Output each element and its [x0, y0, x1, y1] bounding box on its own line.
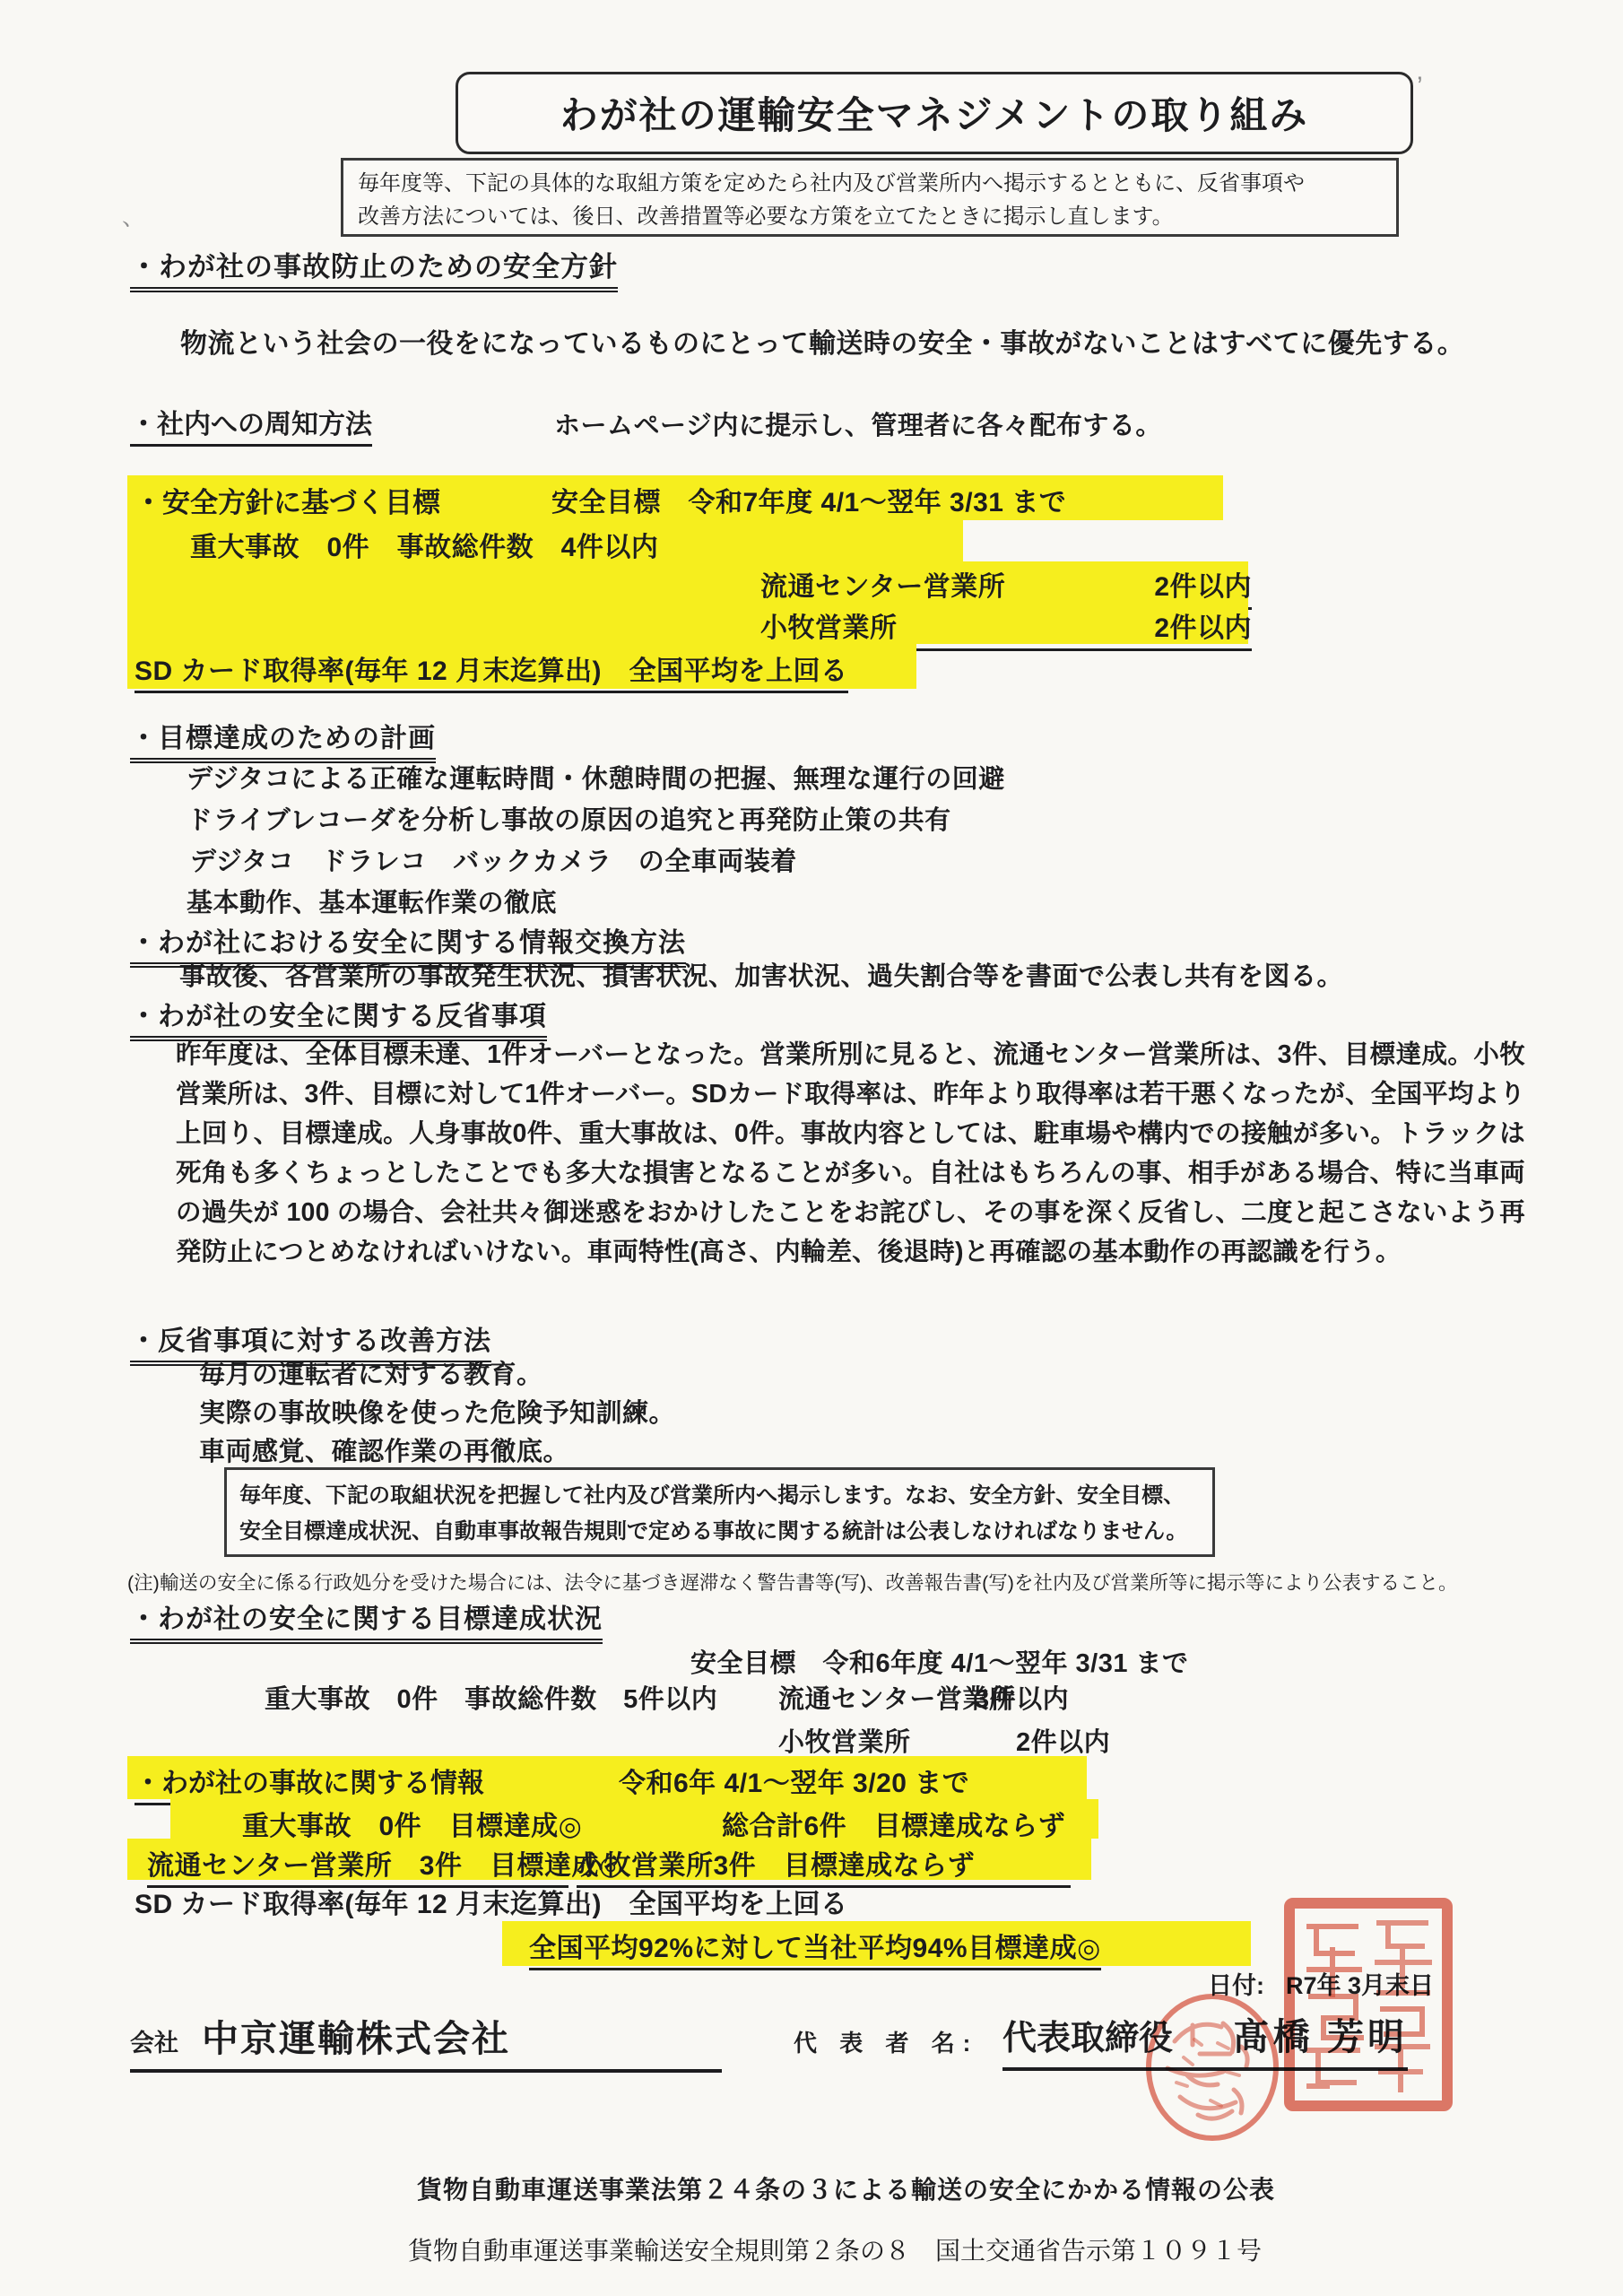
accident-sdcard-result-row: 全国平均92%に対して当社平均94%目標達成◎ [502, 1921, 1251, 1966]
goal-total: 重大事故 0件 事故総件数 4件以内 [190, 525, 658, 564]
branch-name: 小牧営業所 [760, 605, 898, 645]
heading-safety-goals: ・安全方針に基づく目標 [135, 480, 440, 526]
branch-name: 流通センター営業所 [760, 564, 1005, 604]
plan-item: ドライブレコーダを分析し事故の原因の追究と再発防止策の共有 [187, 800, 951, 837]
personal-round-seal-icon [1141, 1989, 1284, 2146]
notification-method-body: ホームページ内に提示し、管理者に各々配布する。 [554, 405, 1162, 442]
scan-artifact: 、 [122, 199, 145, 232]
safety-policy-body: 物流という社会の一役をになっているものにとって輸送時の安全・事故がないことはすべ… [180, 321, 1464, 361]
legal-line-1: 貨物自動車運送事業法第２４条の３による輸送の安全にかかる情報の公表 [417, 2170, 1275, 2206]
accident-info-period: 令和6年 4/1～翌年 3/20 まで [619, 1761, 969, 1800]
scan-artifact: ’ [1417, 72, 1423, 102]
goal-period: 安全目標 令和7年度 4/1～翌年 3/31 まで [551, 480, 1066, 519]
goal-sdcard-row: SD カード取得率(毎年 12 月末迄算出) 全国平均を上回る [127, 644, 916, 689]
publish-note-line2: 安全目標達成状況、自動車事故報告規則で定める事故に関する統計は公表しなければなり… [239, 1514, 1200, 1550]
company-name: 中京運輸株式会社 [202, 2009, 510, 2062]
publish-note-box: 毎年度、下記の取組状況を把握して社内及び営業所内へ掲示します。なお、安全方針、安… [224, 1467, 1215, 1557]
intro-note-line1: 毎年度等、下記の具体的な取組方策を定めたら社内及び営業所内へ掲示するとともに、反… [358, 167, 1382, 200]
improvement-item: 車両感覚、確認作業の再徹底。 [199, 1431, 569, 1468]
accident-major-result: 重大事故 0件 目標達成◎ [242, 1804, 582, 1843]
plan-item: デジタコ ドラレコ バックカメラ の全車両装着 [190, 841, 797, 878]
plan-item: 基本動作、基本運転作業の徹底 [187, 883, 557, 919]
accident-info-row1: 重大事故 0件 目標達成◎ 総合計6件 目標達成ならず [170, 1799, 1098, 1839]
improvement-item: 実際の事故映像を使った危険予知訓練。 [199, 1393, 675, 1430]
accident-sdcard-line: SD カード取得率(毎年 12 月末迄算出) 全国平均を上回る [135, 1882, 848, 1921]
achievement-total: 重大事故 0件 事故総件数 5件以内 [265, 1679, 717, 1716]
improvement-item: 毎月の運転者に対する教育。 [199, 1354, 543, 1391]
page-title: わが社の運輸安全マネジメントの取り組み [560, 86, 1309, 140]
heading-achievement-status: ・わが社の安全に関する目標達成状況 [130, 1596, 603, 1644]
intro-note-line2: 改善方法については、後日、改善措置等必要な方策を立てたときに掲示し直します。 [358, 200, 1382, 233]
accident-info-row2: 流通センター営業所 3件 目標達成◎ 小牧営業所3件 目標達成ならず [127, 1839, 1091, 1880]
intro-note-box: 毎年度等、下記の具体的な取組方策を定めたら社内及び営業所内へ掲示するとともに、反… [341, 158, 1399, 237]
achievement-branch2-name: 小牧営業所 [778, 1722, 911, 1759]
reflection-paragraph: 昨年度は、全体目標未達、1件オーバーとなった。営業所別に見ると、流通センター営業… [176, 1035, 1525, 1272]
administrative-note: (注)輸送の安全に係る行政処分を受けた場合には、法令に基づき遅滞なく警告書等(写… [127, 1568, 1457, 1596]
accident-total-result: 総合計6件 目標達成ならず [722, 1804, 1065, 1843]
branch-target: 2件以内 [1154, 605, 1252, 645]
achievement-period: 安全目標 令和6年度 4/1～翌年 3/31 まで [690, 1643, 1189, 1680]
goal-branch1-row: 流通センター営業所 2件以内 [127, 561, 1248, 603]
goal-heading-row: ・安全方針に基づく目標 安全目標 令和7年度 4/1～翌年 3/31 まで [127, 475, 1223, 520]
branch-target: 2件以内 [1154, 564, 1252, 604]
document-title-box: わが社の運輸安全マネジメントの取り組み [456, 72, 1413, 154]
scanned-document-page: 、 ’ わが社の運輸安全マネジメントの取り組み 毎年度等、下記の具体的な取組方策… [0, 0, 1623, 2296]
legal-line-2: 貨物自動車運送事業輸送安全規則第２条の８ 国土交通省告示第１０９１号 [408, 2231, 1262, 2267]
publish-note-line1: 毎年度、下記の取組状況を把握して社内及び営業所内へ掲示します。なお、安全方針、安… [239, 1478, 1200, 1514]
company-square-seal-icon [1282, 1896, 1454, 2113]
accident-info-heading-row: ・わが社の事故に関する情報 令和6年 4/1～翌年 3/20 まで [127, 1756, 1087, 1799]
heading-notification-method: ・社内への周知方法 [130, 402, 372, 447]
heading-safety-policy: ・わが社の事故防止のための安全方針 [130, 244, 618, 292]
heading-plan: ・目標達成のための計画 [130, 716, 436, 763]
representative-label: 代 表 者 名: [794, 2025, 978, 2058]
achievement-branch1-value: 3件以内 [975, 1679, 1069, 1716]
goal-branch2-row: 小牧営業所 2件以内 [127, 603, 1248, 644]
achievement-branch2-value: 2件以内 [1016, 1722, 1110, 1759]
company-signature: 会社 中京運輸株式会社 [130, 2009, 722, 2073]
plan-item: デジタコによる正確な運転時間・休憩時間の把握、無理な運行の回避 [187, 759, 1005, 796]
goal-sdcard: SD カード取得率(毎年 12 月末迄算出) 全国平均を上回る [135, 648, 848, 693]
company-label: 会社 [130, 2023, 178, 2058]
accident-sdcard-result: 全国平均92%に対して当社平均94%目標達成◎ [529, 1926, 1101, 1970]
info-exchange-body: 事故後、各営業所の事故発生状況、損害状況、加害状況、過失割合等を書面で公表し共有… [179, 956, 1343, 993]
goal-total-row: 重大事故 0件 事故総件数 4件以内 [127, 520, 963, 561]
